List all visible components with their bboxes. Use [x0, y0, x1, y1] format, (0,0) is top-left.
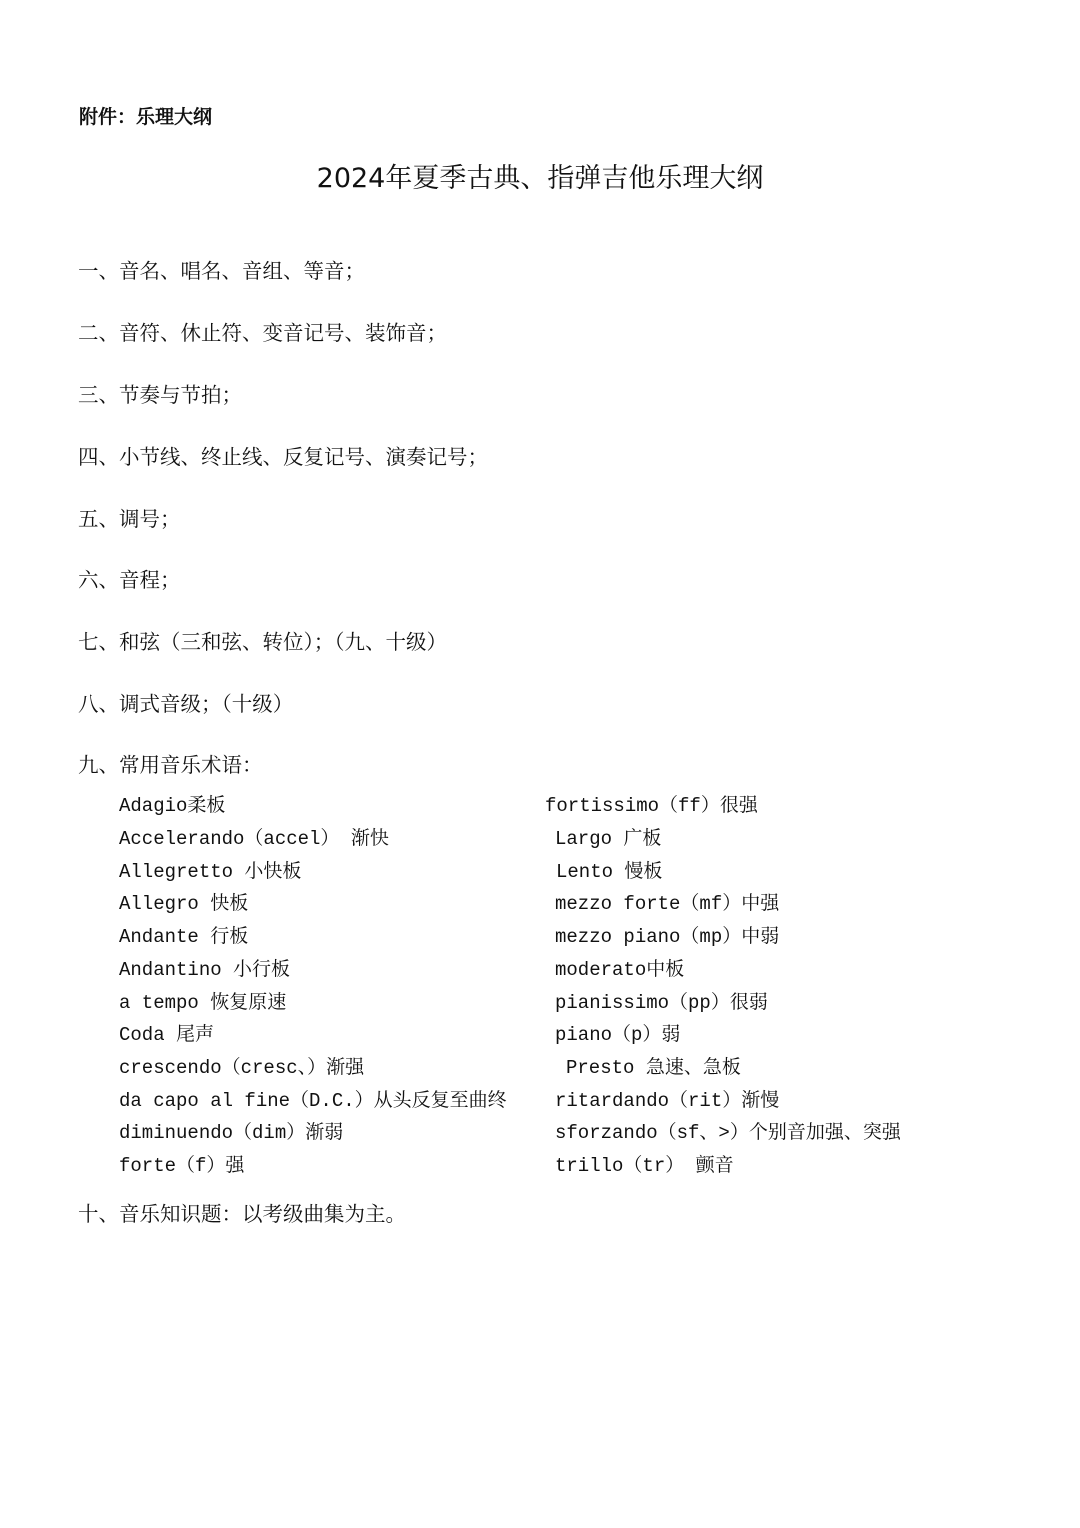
section-4: 四、小节线、终止线、反复记号、演奏记号； [78, 440, 488, 470]
term-item: sforzando（sf、>）个别音加强、突强 [555, 1117, 901, 1144]
term-item: Andantino 小行板 [119, 954, 290, 981]
term-item: moderato中板 [555, 954, 684, 981]
section-7: 七、和弦（三和弦、转位）；（九、十级） [78, 625, 447, 655]
term-item: Largo 广板 [555, 823, 661, 850]
term-item: Allegro 快板 [119, 888, 248, 915]
term-item: Accelerando（accel） 渐快 [119, 823, 389, 850]
attachment-label: 附件：乐理大纲 [79, 102, 212, 129]
term-item: Coda 尾声 [119, 1019, 214, 1046]
term-item: diminuendo（dim）渐弱 [119, 1117, 343, 1144]
section-3: 三、节奏与节拍； [78, 378, 242, 408]
term-item: trillo（tr） 颤音 [555, 1150, 734, 1177]
document-title: 2024年夏季古典、指弹吉他乐理大纲 [0, 156, 1080, 195]
term-item: forte（f）强 [119, 1150, 244, 1177]
term-item: da capo al fine（D.C.）从头反复至曲终 [119, 1085, 507, 1112]
term-item: mezzo forte（mf）中强 [555, 888, 779, 915]
term-item: piano（p）弱 [555, 1019, 680, 1046]
section-6: 六、音程； [78, 563, 181, 593]
term-item: fortissimo（ff）很强 [545, 790, 758, 817]
term-item: Presto 急速、急板 [566, 1052, 741, 1079]
section-1: 一、音名、唱名、音组、等音； [78, 254, 365, 284]
section-10: 十、音乐知识题：以考级曲集为主。 [78, 1197, 406, 1227]
section-8: 八、调式音级；（十级） [78, 687, 293, 717]
term-item: ritardando（rit）渐慢 [555, 1085, 779, 1112]
term-item: a tempo 恢复原速 [119, 987, 286, 1014]
section-5: 五、调号； [78, 502, 181, 532]
section-2: 二、音符、休止符、变音记号、装饰音； [78, 316, 447, 346]
term-item: Adagio柔板 [119, 790, 225, 817]
term-item: Andante 行板 [119, 921, 248, 948]
section-9: 九、常用音乐术语： [78, 748, 263, 778]
term-item: Lento 慢板 [556, 856, 662, 883]
term-item: Allegretto 小快板 [119, 856, 301, 883]
term-item: crescendo（cresc、）渐强 [119, 1052, 364, 1079]
term-item: mezzo piano（mp）中弱 [555, 921, 779, 948]
term-item: pianissimo（pp）很弱 [555, 987, 768, 1014]
